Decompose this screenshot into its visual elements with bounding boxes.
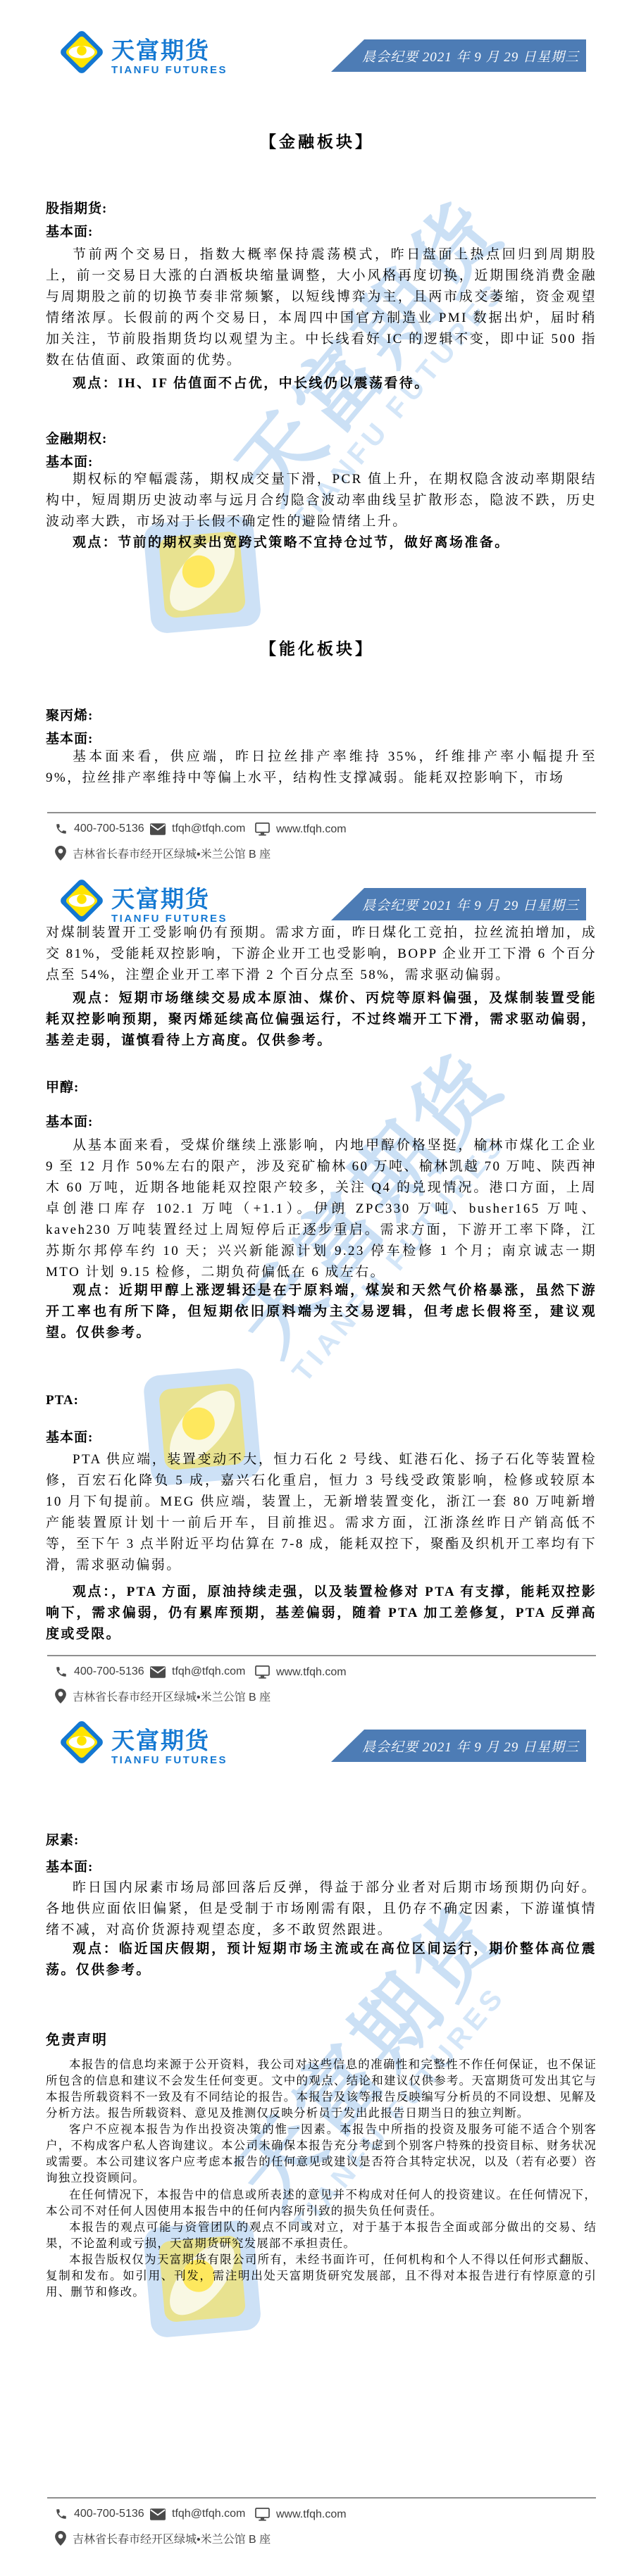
label-fundamentals: 基本面: <box>46 1427 93 1446</box>
viewpoint-pta: 观点：，PTA 方面，原油持续走强，以及装置检修对 PTA 有支撑，能耗双控影响… <box>46 1582 597 1645</box>
footer-address-row: 吉林省长春市经开区绿城•米兰公馆 B 座 <box>0 1688 634 1706</box>
footer-address-text: 吉林省长春市经开区绿城•米兰公馆 B 座 <box>73 2530 271 2546</box>
disclaimer-paragraph-1: 本报告的信息均来源于公开资料，我公司对这些信息的准确性和完整性不作任何保证，也不… <box>46 2056 597 2121</box>
footer-email: tfqh@tfqh.com <box>150 823 245 835</box>
location-pin-icon <box>55 846 66 861</box>
phone-icon <box>55 2508 68 2520</box>
footer-address-text: 吉林省长春市经开区绿城•米兰公馆 B 座 <box>73 1688 271 1704</box>
heading-financial-options: 金融期权: <box>46 428 107 447</box>
footer-website: www.tfqh.com <box>255 2508 347 2521</box>
label-fundamentals: 基本面: <box>46 1856 93 1875</box>
paragraph-polypropylene-body-part2: 对煤制装置开工受影响仍有预期。需求方面，昨日煤化工竞拍，拉丝流拍增加，成交 81… <box>46 923 597 986</box>
footer-phone-text: 400-700-5136 <box>74 1665 144 1678</box>
footer-email: tfqh@tfqh.com <box>150 2508 245 2520</box>
viewpoint-stock-index: 观点：IH、IF 估值面不占优，中长线仍以震荡看待。 <box>46 373 597 394</box>
footer-email: tfqh@tfqh.com <box>150 1665 245 1678</box>
location-pin-icon <box>55 1689 66 1703</box>
disclaimer-paragraph-5: 本报告版权仅为天富期货有限公司所有，未经书面许可，任何机构和个人不得以任何形式翻… <box>46 2251 597 2300</box>
heading-pta: PTA: <box>46 1393 79 1408</box>
section-title-finance: 【金融板块】 <box>0 129 634 152</box>
footer-phone: 400-700-5136 <box>55 823 144 835</box>
footer-website-text: www.tfqh.com <box>276 823 347 836</box>
footer-address: 吉林省长春市经开区绿城•米兰公馆 B 座 <box>55 845 271 861</box>
disclaimer-paragraph-3: 在任何情况下，本报告中的信息或所表述的意见并不构成对任何人的投资建议。在任何情况… <box>46 2187 597 2219</box>
footer-email-text: tfqh@tfqh.com <box>172 823 245 835</box>
viewpoint-polypropylene: 观点：短期市场继续交易成本原油、煤价、丙烷等原料偏强，及煤制装置受能耗双控影响预… <box>46 988 597 1051</box>
label-fundamentals: 基本面: <box>46 221 93 240</box>
tianfu-logo-icon <box>58 1717 106 1768</box>
email-icon <box>150 2508 166 2520</box>
disclaimer-title: 免责声明 <box>46 2028 108 2049</box>
phone-icon <box>55 823 68 835</box>
company-logo: 天富期货 TIANFU FUTURES <box>111 887 280 925</box>
logo-en-text: TIANFU FUTURES <box>111 1754 280 1767</box>
paragraph-polypropylene-body-part1: 基本面来看，供应端，昨日拉丝排产率维持 35%，纤维排产率小幅提升至 9%，拉丝… <box>46 746 597 789</box>
footer-email-text: tfqh@tfqh.com <box>172 1665 245 1678</box>
disclaimer-paragraph-4: 本报告的观点可能与资管团队的观点不同或对立，对于基于本报告全面或部分做出的交易、… <box>46 2219 597 2251</box>
footer-phone-text: 400-700-5136 <box>74 823 144 835</box>
logo-en-text: TIANFU FUTURES <box>111 64 280 77</box>
footer-contact-row: 400-700-5136 tfqh@tfqh.com www.tfqh.com <box>0 823 634 841</box>
footer-divider <box>47 812 596 813</box>
document: 天富期货 TIANFU FUTURES 天富期货 TIANFU FUTURES <box>0 0 634 2576</box>
footer-website-text: www.tfqh.com <box>276 2508 347 2521</box>
logo-cn-text: 天富期货 <box>111 1729 280 1753</box>
footer-address: 吉林省长春市经开区绿城•米兰公馆 B 座 <box>55 1688 271 1704</box>
paragraph-urea-body: 昨日国内尿素市场局部回落后反弹，得益于部分业者对后期市场预期仍向好。各地供应面依… <box>46 1877 597 1941</box>
footer-contact-row: 400-700-5136 tfqh@tfqh.com www.tfqh.com <box>0 1665 634 1684</box>
heading-polypropylene: 聚丙烯: <box>46 705 93 724</box>
footer-divider <box>47 1655 596 1656</box>
tianfu-logo-icon <box>58 27 106 77</box>
heading-urea: 尿素: <box>46 1830 79 1849</box>
section-title-energy: 【能化板块】 <box>0 636 634 659</box>
footer-address-row: 吉林省长春市经开区绿城•米兰公馆 B 座 <box>0 845 634 863</box>
website-icon <box>255 2508 270 2521</box>
paragraph-methanol-body: 从基本面来看，受煤价继续上涨影响，内地甲醇价格坚挺，榆林市煤化工企业 9 至 1… <box>46 1135 597 1283</box>
banner-date-text: 晨会纪要 2021 年 9 月 29 日星期三 <box>338 895 579 914</box>
phone-icon <box>55 1665 68 1678</box>
website-icon <box>255 1665 270 1679</box>
company-logo: 天富期货 TIANFU FUTURES <box>111 39 280 77</box>
morning-brief-banner: 晨会纪要 2021 年 9 月 29 日星期三 <box>331 39 586 72</box>
heading-stock-index-futures: 股指期货: <box>46 198 107 217</box>
heading-methanol: 甲醇: <box>46 1077 79 1096</box>
footer-address-row: 吉林省长春市经开区绿城•米兰公馆 B 座 <box>0 2530 634 2549</box>
footer-phone: 400-700-5136 <box>55 1665 144 1678</box>
location-pin-icon <box>55 2531 66 2546</box>
footer-website-text: www.tfqh.com <box>276 1666 347 1679</box>
label-fundamentals: 基本面: <box>46 1111 93 1130</box>
morning-brief-banner: 晨会纪要 2021 年 9 月 29 日星期三 <box>331 1730 586 1762</box>
label-fundamentals: 基本面: <box>46 728 93 747</box>
email-icon <box>150 1666 166 1678</box>
logo-cn-text: 天富期货 <box>111 887 280 911</box>
viewpoint-urea: 观点：临近国庆假期，预计短期市场主流或在高位区间运行，期价整体高位震荡。仅供参考… <box>46 1939 597 1981</box>
morning-brief-banner: 晨会纪要 2021 年 9 月 29 日星期三 <box>331 888 586 920</box>
footer-address: 吉林省长春市经开区绿城•米兰公馆 B 座 <box>55 2530 271 2546</box>
viewpoint-options: 观点：节前的期权卖出宽跨式策略不宜持仓过节，做好离场准备。 <box>46 532 597 554</box>
footer-address-text: 吉林省长春市经开区绿城•米兰公馆 B 座 <box>73 845 271 861</box>
website-icon <box>255 823 270 836</box>
logo-cn-text: 天富期货 <box>111 39 280 63</box>
footer-phone: 400-700-5136 <box>55 2508 144 2520</box>
paragraph-pta-body: PTA 供应端，装置变动不大，恒力石化 2 号线、虹港石化、扬子石化等装置检修，… <box>46 1449 597 1576</box>
footer-email-text: tfqh@tfqh.com <box>172 2508 245 2520</box>
footer-contact-row: 400-700-5136 tfqh@tfqh.com www.tfqh.com <box>0 2508 634 2526</box>
banner-date-text: 晨会纪要 2021 年 9 月 29 日星期三 <box>338 46 579 65</box>
tianfu-logo-icon <box>58 875 106 926</box>
paragraph-options-body: 期权标的窄幅震荡，期权成交量下滑，PCR 值上升，在期权隐含波动率期限结构中，短… <box>46 469 597 532</box>
email-icon <box>150 823 166 835</box>
banner-date-text: 晨会纪要 2021 年 9 月 29 日星期三 <box>338 1737 579 1756</box>
footer-website: www.tfqh.com <box>255 823 347 836</box>
footer-divider <box>47 2497 596 2499</box>
viewpoint-methanol: 观点：近期甲醇上涨逻辑还是在于原料端，煤炭和天然气价格暴涨，虽然下游开工率也有所… <box>46 1280 597 1344</box>
paragraph-stock-index-body: 节前两个交易日，指数大概率保持震荡模式，昨日盘面上热点回归到周期股上，前一交易日… <box>46 244 597 371</box>
footer-phone-text: 400-700-5136 <box>74 2508 144 2520</box>
company-logo: 天富期货 TIANFU FUTURES <box>111 1729 280 1767</box>
label-fundamentals: 基本面: <box>46 451 93 470</box>
disclaimer-paragraph-2: 客户不应视本报告为作出投资决策的惟一因素。本报告中所指的投资及服务可能不适合个别… <box>46 2121 597 2186</box>
footer-website: www.tfqh.com <box>255 1665 347 1679</box>
